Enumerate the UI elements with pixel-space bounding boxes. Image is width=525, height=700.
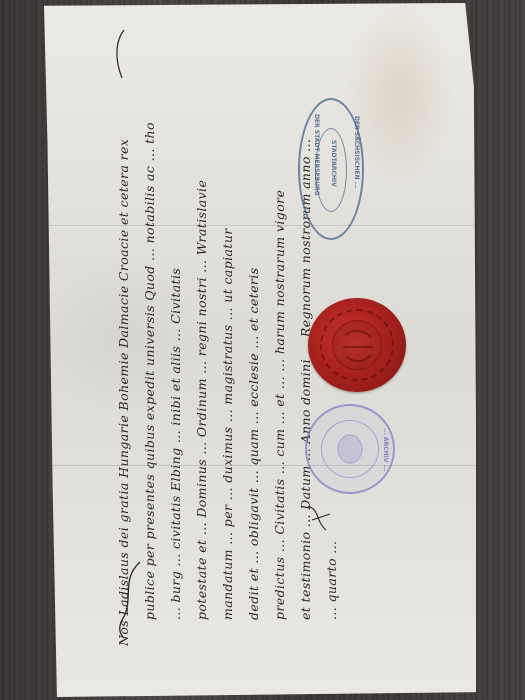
text-line-2: publice per presentes quibus expedit uni… bbox=[142, 122, 157, 620]
text-line-5: mandatum ... per ... duximus ... magistr… bbox=[220, 228, 235, 620]
eagle-emblem-icon bbox=[322, 421, 378, 477]
oval-stamp-inner-text: STADTARCHIV bbox=[330, 140, 337, 187]
oval-archive-stamp: DER STADT MERSEBURG STADTARCHIV DER SÄCH… bbox=[298, 98, 364, 240]
text-line-6: dedit et ... obligavit ... quam ... eccl… bbox=[246, 267, 261, 620]
heraldic-emblem-icon bbox=[333, 321, 383, 371]
text-line-9: ... quarto ... bbox=[324, 541, 339, 620]
oval-stamp-outer-right-text: DER SÄCHSISCHEN ... bbox=[353, 116, 360, 189]
text-line-7: predictus ... Civitatis ... cum ... et .… bbox=[272, 190, 287, 620]
wax-seal-heraldic-device bbox=[332, 320, 382, 370]
round-archive-stamp: ... ARCHIV ... bbox=[305, 404, 395, 494]
oval-stamp-outer-left-text: DER STADT MERSEBURG bbox=[313, 114, 320, 196]
initial-flourish-icon bbox=[110, 560, 150, 640]
round-stamp-text: ... ARCHIV ... bbox=[382, 428, 389, 471]
signature-mark-icon bbox=[300, 500, 340, 540]
red-wax-seal bbox=[308, 298, 406, 392]
text-line-4: potestate et ... Dominus ... Ordinum ...… bbox=[194, 180, 209, 620]
text-line-3: ... burg ... civitatis Elbing ... inibi … bbox=[168, 268, 183, 620]
ascender-flourish-icon bbox=[108, 28, 138, 88]
round-stamp-inner-ring bbox=[321, 420, 379, 478]
